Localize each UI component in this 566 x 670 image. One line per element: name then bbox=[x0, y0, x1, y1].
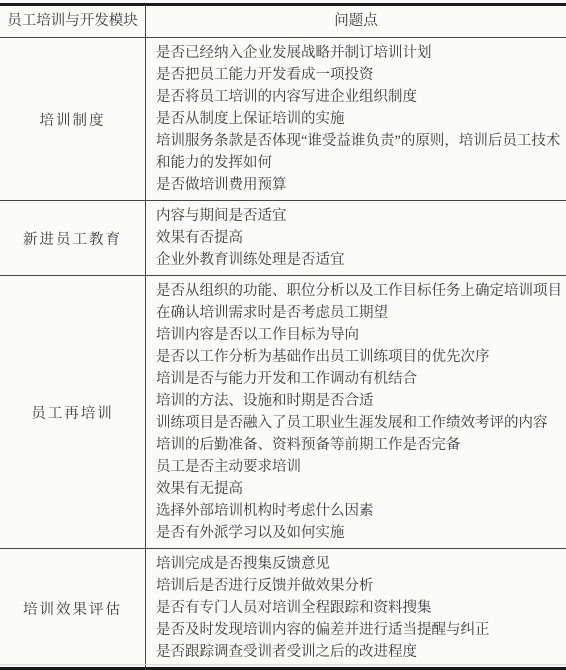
issue-item: 企业外教育训练处理是否适宜 bbox=[156, 249, 566, 271]
table-header-row: 员工培训与开发模块 问题点 bbox=[0, 6, 566, 38]
issue-item: 培训完成是否搜集反馈意见 bbox=[156, 553, 566, 575]
issue-item: 培训的方法、设施和时期是否合适 bbox=[156, 390, 566, 412]
column-header-issues: 问题点 bbox=[146, 6, 566, 37]
issue-list: 是否从组织的功能、职位分析以及工作目标任务上确定培训项目在确认培训需求时是否考虑… bbox=[146, 276, 566, 548]
page-edge-line bbox=[0, 664, 566, 665]
issue-item: 训练项目是否融入了员工职业生涯发展和工作绩效考评的内容 bbox=[156, 412, 566, 434]
issue-item: 是否有外派学习以及如何实施 bbox=[156, 522, 566, 544]
module-label: 新进员工教育 bbox=[0, 201, 146, 275]
issue-item: 培训是否与能力开发和工作调动有机结合 bbox=[156, 368, 566, 390]
issue-item: 是否从组织的功能、职位分析以及工作目标任务上确定培训项目 bbox=[156, 280, 566, 302]
issue-list: 是否已经纳入企业发展战略并制订培训计划是否把员工能力开发看成一项投资是否将员工培… bbox=[146, 38, 566, 200]
issue-item: 是否跟踪调查受训者受训之后的改进程度 bbox=[156, 641, 566, 663]
issue-item: 是否以工作分析为基础作出员工训练项目的优先次序 bbox=[156, 346, 566, 368]
issue-item: 内容与期间是否适宜 bbox=[156, 205, 566, 227]
issue-item: 是否将员工培训的内容写进企业组织制度 bbox=[156, 86, 566, 108]
module-label: 培训效果评估 bbox=[0, 549, 146, 667]
module-label: 培训制度 bbox=[0, 38, 146, 200]
issue-item: 培训服务条款是否体现“谁受益谁负责”的原则，培训后员工技术和能力的发挥如何 bbox=[156, 130, 566, 174]
issue-item: 培训的后勤准备、资料预备等前期工作是否完备 bbox=[156, 434, 566, 456]
scanned-document-page: 员工培训与开发模块 问题点 培训制度是否已经纳入企业发展战略并制订培训计划是否把… bbox=[0, 0, 566, 670]
issue-item: 员工是否主动要求培训 bbox=[156, 456, 566, 478]
issue-item: 选择外部培训机构时考虑什么因素 bbox=[156, 500, 566, 522]
issue-item: 效果有无提高 bbox=[156, 478, 566, 500]
table-section-row: 新进员工教育内容与期间是否适宜效果有否提高企业外教育训练处理是否适宜 bbox=[0, 201, 566, 276]
issue-item: 是否已经纳入企业发展战略并制订培训计划 bbox=[156, 42, 566, 64]
issue-item: 培训后是否进行反馈并做效果分析 bbox=[156, 575, 566, 597]
column-header-module: 员工培训与开发模块 bbox=[0, 6, 146, 37]
issue-item: 是否及时发现培训内容的偏差并进行适当提醒与纠正 bbox=[156, 619, 566, 641]
table-section-row: 员工再培训是否从组织的功能、职位分析以及工作目标任务上确定培训项目在确认培训需求… bbox=[0, 276, 566, 549]
table-section-row: 培训制度是否已经纳入企业发展战略并制订培训计划是否把员工能力开发看成一项投资是否… bbox=[0, 38, 566, 201]
issue-item: 是否从制度上保证培训的实施 bbox=[156, 108, 566, 130]
training-audit-table: 员工培训与开发模块 问题点 培训制度是否已经纳入企业发展战略并制订培训计划是否把… bbox=[0, 3, 566, 670]
issue-item: 效果有否提高 bbox=[156, 227, 566, 249]
issue-item: 是否做培训费用预算 bbox=[156, 174, 566, 196]
issue-item: 是否把员工能力开发看成一项投资 bbox=[156, 64, 566, 86]
module-label: 员工再培训 bbox=[0, 276, 146, 548]
issue-list: 内容与期间是否适宜效果有否提高企业外教育训练处理是否适宜 bbox=[146, 201, 566, 275]
table-section-row: 培训效果评估培训完成是否搜集反馈意见培训后是否进行反馈并做效果分析是否有专门人员… bbox=[0, 549, 566, 667]
issue-list: 培训完成是否搜集反馈意见培训后是否进行反馈并做效果分析是否有专门人员对培训全程跟… bbox=[146, 549, 566, 667]
issue-item: 在确认培训需求时是否考虑员工期望 bbox=[156, 302, 566, 324]
issue-item: 是否有专门人员对培训全程跟踪和资料搜集 bbox=[156, 597, 566, 619]
issue-item: 培训内容是否以工作目标为导向 bbox=[156, 324, 566, 346]
table-body: 培训制度是否已经纳入企业发展战略并制订培训计划是否把员工能力开发看成一项投资是否… bbox=[0, 38, 566, 667]
